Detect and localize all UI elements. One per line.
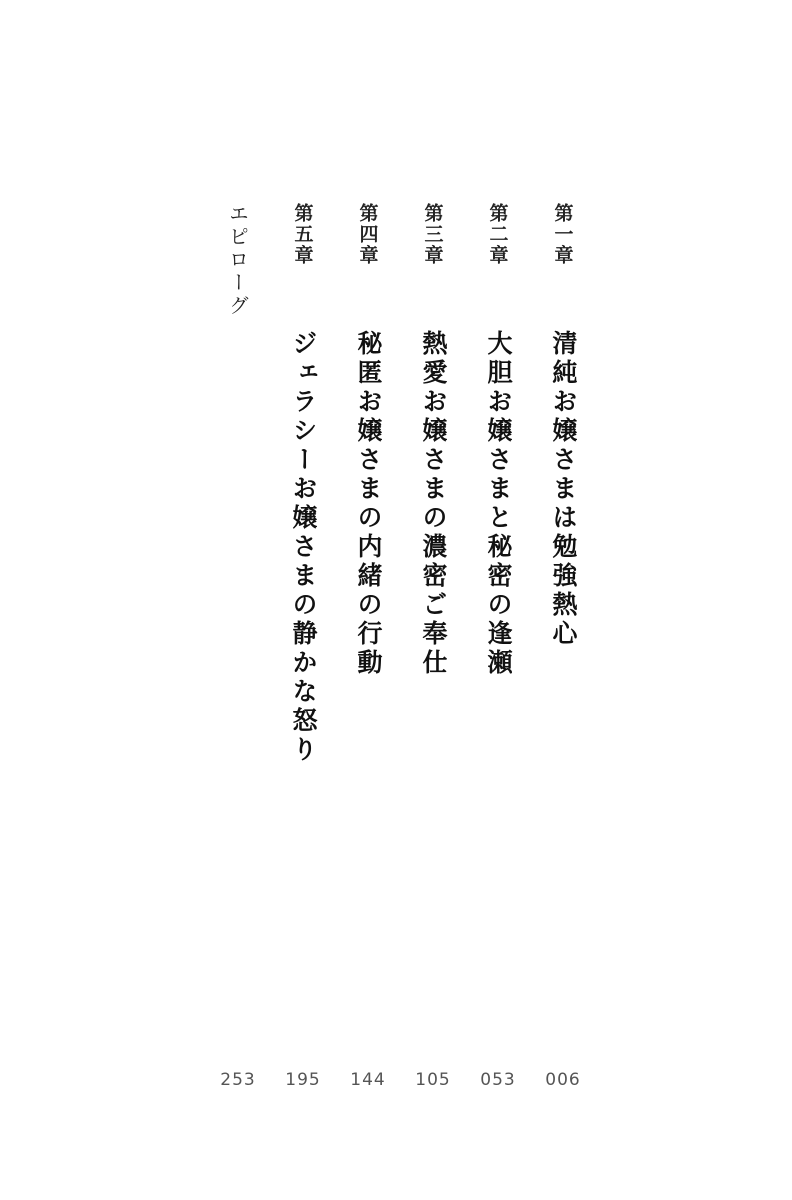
chapter-title: 大胆お嬢さまと秘密の逢瀬: [480, 330, 516, 678]
toc-entry-epilogue[interactable]: エピローグ 253: [208, 0, 268, 1200]
chapter-label: 第四章: [355, 203, 382, 266]
toc-entry-chapter-1[interactable]: 第一章 清純お嬢さまは勉強熱心 006: [533, 0, 593, 1200]
page-number: 006: [545, 1070, 580, 1090]
toc-entry-chapter-4[interactable]: 第四章 秘匿お嬢さまの内緒の行動 144: [338, 0, 398, 1200]
chapter-title: ジェラシーお嬢さまの静かな怒り: [285, 330, 321, 765]
toc-entry-chapter-5[interactable]: 第五章 ジェラシーお嬢さまの静かな怒り 195: [273, 0, 333, 1200]
toc-entry-chapter-3[interactable]: 第三章 熱愛お嬢さまの濃密ご奉仕 105: [403, 0, 463, 1200]
chapter-title: 秘匿お嬢さまの内緒の行動: [350, 330, 386, 678]
chapter-label: 第二章: [485, 203, 512, 266]
chapter-label: 第三章: [420, 203, 447, 266]
chapter-label: 第五章: [290, 203, 317, 266]
table-of-contents: 第一章 清純お嬢さまは勉強熱心 006 第二章 大胆お嬢さまと秘密の逢瀬 053…: [0, 0, 792, 1200]
page-number: 195: [285, 1070, 320, 1090]
page-number: 053: [480, 1070, 515, 1090]
chapter-label: 第一章: [550, 203, 577, 266]
page-number: 144: [350, 1070, 385, 1090]
toc-entry-chapter-2[interactable]: 第二章 大胆お嬢さまと秘密の逢瀬 053: [468, 0, 528, 1200]
epilogue-label: エピローグ: [224, 203, 253, 318]
chapter-title: 熱愛お嬢さまの濃密ご奉仕: [415, 330, 451, 678]
chapter-title: 清純お嬢さまは勉強熱心: [545, 330, 581, 649]
page-number: 253: [220, 1070, 255, 1090]
page-number: 105: [415, 1070, 450, 1090]
